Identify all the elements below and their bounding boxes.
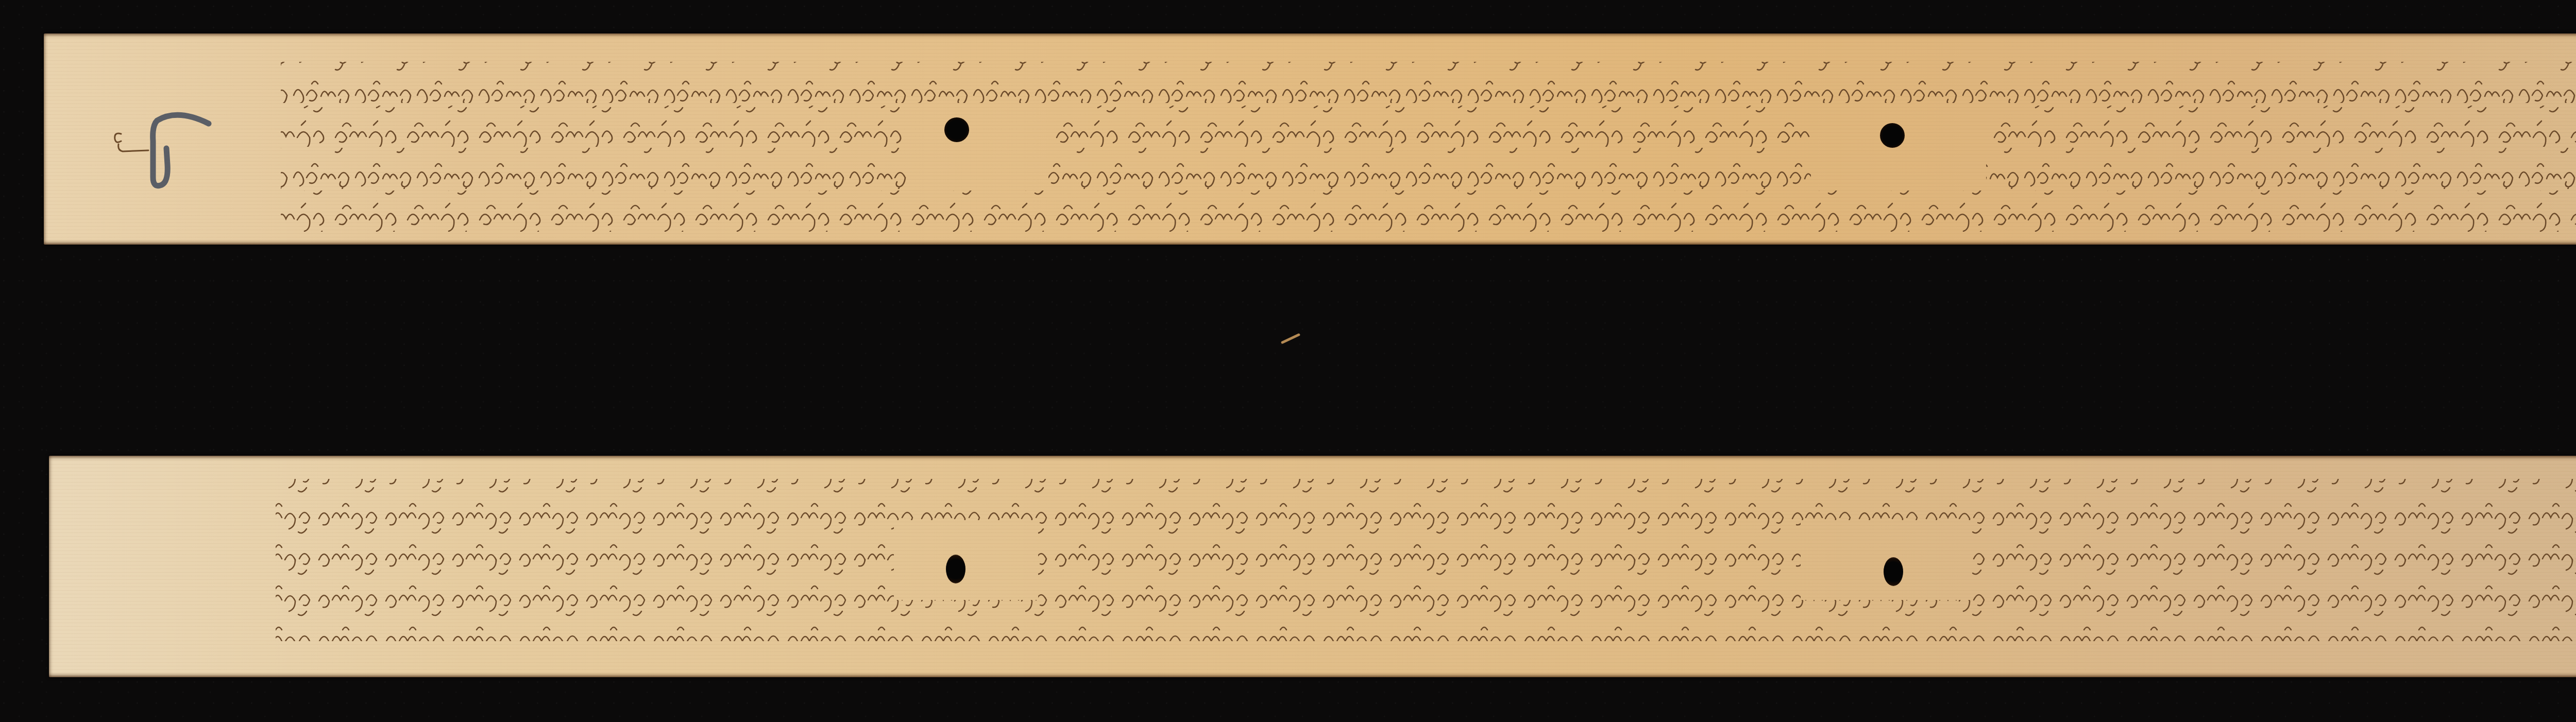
script-line-3-seg-3 (1971, 559, 2576, 600)
script-line-2-seg-2 (1038, 520, 1801, 561)
script-line-1 (276, 479, 2576, 520)
script-line-1 (281, 62, 2576, 103)
script-line-3-seg-2 (1048, 148, 1811, 189)
script-line-2-seg-1 (281, 106, 909, 147)
string-hole-left (946, 555, 965, 583)
stray-fiber (1281, 333, 1300, 344)
script-line-4 (276, 600, 2576, 641)
palm-leaf-top: leaf-top (44, 33, 2576, 245)
string-hole-left (944, 117, 969, 142)
script-line-3-seg-3 (1986, 148, 2576, 189)
script-line-2-seg-2 (1048, 106, 1811, 147)
script-line-2-seg-3 (1971, 520, 2576, 561)
script-lines-bottom (49, 456, 2576, 677)
palm-leaf-bottom: leaf-bottom (49, 456, 2576, 677)
manuscript-viewer: Balinese lontar (palm-leaf) manuscript l… (0, 0, 2576, 722)
string-hole-right (1880, 123, 1905, 148)
script-line-4 (281, 191, 2576, 232)
string-hole-right (1884, 557, 1903, 586)
script-line-3-seg-2 (1038, 559, 1801, 600)
folio-marker-icon (90, 103, 224, 206)
document-type: Balinese lontar (palm-leaf) manuscript (0, 0, 1, 1)
script-line-3-seg-1 (281, 148, 909, 189)
script-line-2-seg-3 (1986, 106, 2576, 147)
script-line-2-seg-1 (276, 520, 894, 561)
script-lines-top (44, 33, 2576, 245)
script-line-3-seg-1 (276, 559, 894, 600)
